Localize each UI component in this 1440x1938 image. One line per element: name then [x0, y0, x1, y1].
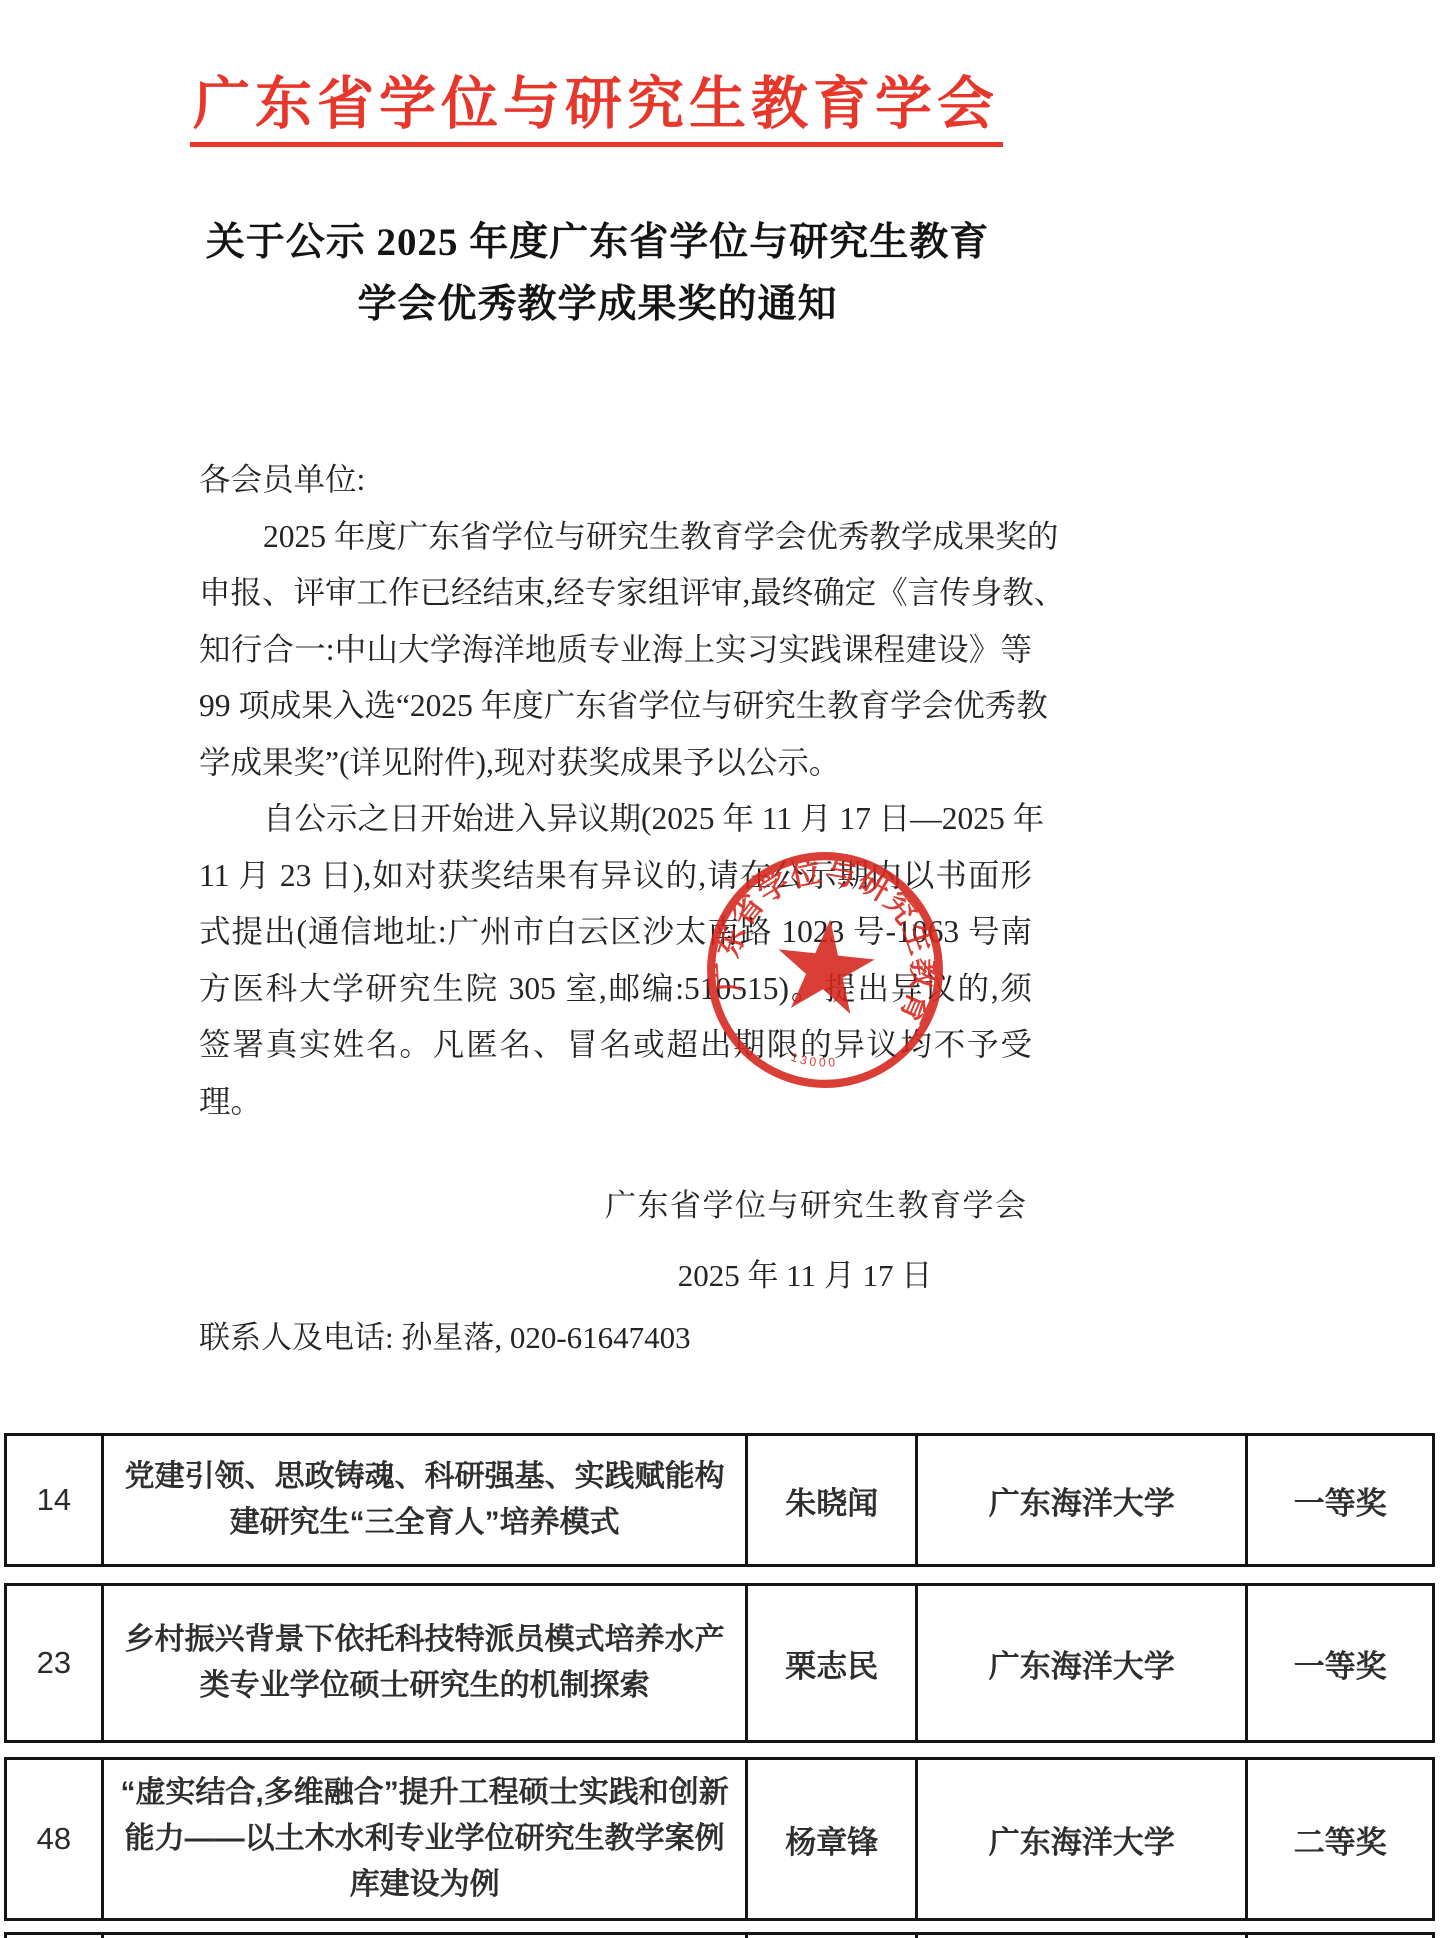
signature-organization: 广东省学位与研究生教育学会 [605, 1180, 1005, 1225]
award-title-cell: “虚实结合,多维融合”提升工程硕士实践和创新能力——以土木水利专业学位研究生教学… [104, 1760, 749, 1918]
award-university-cell: 广东海洋大学 [918, 1760, 1248, 1918]
paragraph2-line: 式提出(通信地址:广州市白云区沙太南路 1023 号-1063 号南 [199, 904, 1032, 961]
document-page: { "page": { "org_header": "广东省学位与研究生教育学会… [0, 0, 1440, 1938]
paragraph1-line: 2025 年度广东省学位与研究生教育学会优秀教学成果奖的 [199, 509, 1032, 566]
paragraph2-line: 方医科大学研究生院 305 室,邮编:510515)。提出异议的,须 [199, 961, 1032, 1018]
body-text: 各会员单位: 2025 年度广东省学位与研究生教育学会优秀教学成果奖的 申报、评… [199, 452, 1032, 1130]
award-number-cell: 48 [7, 1760, 104, 1918]
table-row: 48 “虚实结合,多维融合”提升工程硕士实践和创新能力——以土木水利专业学位研究… [4, 1757, 1435, 1921]
paragraph2-line: 自公示之日开始进入异议期(2025 年 11 月 17 日—2025 年 [199, 791, 1032, 848]
award-number-cell: 14 [7, 1436, 104, 1564]
signature-date: 2025 年 11 月 17 日 [605, 1250, 1005, 1295]
award-level-cell: 一等奖 [1248, 1436, 1432, 1564]
award-university-cell: 广东海洋大学 [918, 1586, 1248, 1740]
contact-line: 联系人及电话: 孙星落, 020-61647403 [199, 1312, 899, 1357]
table-row-partial [4, 1932, 1435, 1938]
paragraph1-line: 99 项成果入选“2025 年度广东省学位与研究生教育学会优秀教 [199, 678, 1032, 735]
award-university-cell: 广东海洋大学 [918, 1436, 1248, 1564]
award-title-cell: 乡村振兴背景下依托科技特派员模式培养水产类专业学位硕士研究生的机制探索 [104, 1586, 749, 1740]
document-title: 关于公示 2025 年度广东省学位与研究生教育 学会优秀教学成果奖的通知 [145, 212, 1050, 336]
paragraph1-line: 知行合一:中山大学海洋地质专业海上实习实践课程建设》等 [199, 622, 1032, 679]
paragraph1-line: 申报、评审工作已经结束,经专家组评审,最终确定《言传身教、 [199, 565, 1032, 622]
letterhead-title: 广东省学位与研究生教育学会 [188, 58, 1004, 140]
salutation: 各会员单位: [199, 452, 1032, 509]
paragraph1-line: 学成果奖”(详见附件),现对获奖成果予以公示。 [199, 735, 1032, 792]
paragraph2-line: 11 月 23 日),如对获奖结果有异议的,请在公示期内以书面形 [199, 848, 1032, 905]
award-person-cell: 栗志民 [748, 1586, 918, 1740]
award-person-cell: 杨章锋 [748, 1760, 918, 1918]
table-row: 14 党建引领、思政铸魂、科研强基、实践赋能构建研究生“三全育人”培养模式 朱晓… [4, 1433, 1435, 1567]
paragraph2-line: 签署真实姓名。凡匿名、冒名或超出期限的异议均不予受理。 [199, 1017, 1032, 1130]
award-level-cell: 一等奖 [1248, 1586, 1432, 1740]
award-title-cell: 党建引领、思政铸魂、科研强基、实践赋能构建研究生“三全育人”培养模式 [104, 1436, 749, 1564]
award-person-cell: 朱晓闻 [748, 1436, 918, 1564]
award-number-cell: 23 [7, 1586, 104, 1740]
letterhead-rule [190, 142, 1003, 147]
award-level-cell: 二等奖 [1248, 1760, 1432, 1918]
document-title-line2: 学会优秀教学成果奖的通知 [145, 274, 1050, 336]
document-title-line1: 关于公示 2025 年度广东省学位与研究生教育 [145, 212, 1050, 274]
table-row: 23 乡村振兴背景下依托科技特派员模式培养水产类专业学位硕士研究生的机制探索 栗… [4, 1583, 1435, 1743]
